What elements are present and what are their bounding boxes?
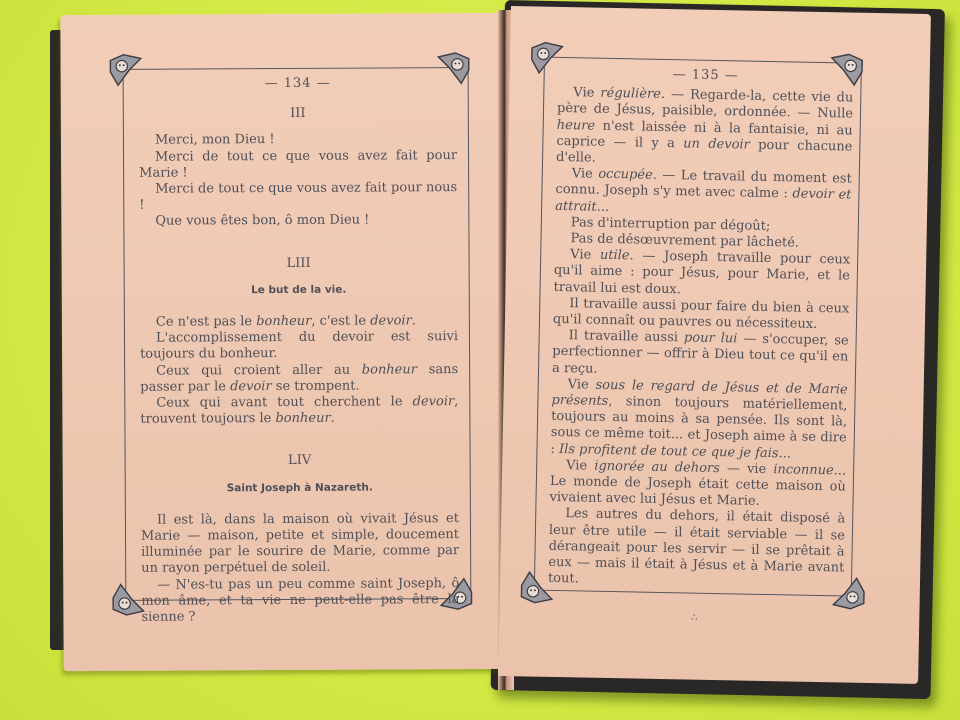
chapter-numeral: LIII: [140, 255, 458, 273]
paragraph: L'accomplissement du devoir est suivi to…: [140, 329, 458, 363]
paragraph: Vie régulière. — Regarde-la, cette vie d…: [556, 85, 854, 172]
left-page-text: — 134 — III Merci, mon Dieu ! Merci de t…: [139, 75, 460, 626]
paragraph: Ceux qui croient aller au bonheur sans p…: [140, 362, 458, 396]
chapter-title: Saint Joseph à Nazareth.: [141, 479, 459, 497]
paragraph: Merci, mon Dieu !: [139, 131, 457, 149]
section-numeral: III: [139, 105, 457, 123]
end-ornament-icon: ∴: [547, 607, 843, 629]
paragraph: Vie occupée. — Le travail du moment est …: [555, 166, 852, 220]
page-number: — 134 —: [139, 75, 457, 93]
paragraph: — N'es-tu pas un peu comme saint Joseph,…: [141, 576, 459, 626]
paragraph: Il travaille aussi pour lui — s'occuper,…: [552, 328, 849, 382]
paragraph: Il est là, dans la maison où vivait Jésu…: [141, 511, 459, 577]
right-page: — 135 — Vie régulière. — Regarde-la, cet…: [498, 6, 931, 684]
paragraph: Vie utile. — Joseph travaille pour ceux …: [553, 247, 850, 301]
left-page: — 134 — III Merci, mon Dieu ! Merci de t…: [60, 13, 505, 671]
paragraph: Ceux qui avant tout cherchent le devoir,…: [140, 394, 458, 428]
chapter-numeral: LIV: [141, 453, 459, 471]
paragraph: Merci de tout ce que vous avez fait pour…: [139, 148, 457, 182]
chapter-title: Le but de la vie.: [140, 281, 458, 299]
paragraph: Vie sous le regard de Jésus et de Marie …: [550, 377, 848, 464]
paragraph: Ce n'est pas le bonheur, c'est le devoir…: [140, 313, 458, 331]
paragraph: Vie ignorée au dehors — vie inconnue... …: [549, 458, 846, 512]
paragraph: Les autres du dehors, il était disposé à…: [548, 506, 846, 593]
paragraph: Merci de tout ce que vous avez fait pour…: [139, 180, 457, 214]
right-page-text: — 135 — Vie régulière. — Regarde-la, cet…: [547, 65, 854, 629]
paragraph: Que vous êtes bon, ô mon Dieu !: [139, 213, 457, 231]
